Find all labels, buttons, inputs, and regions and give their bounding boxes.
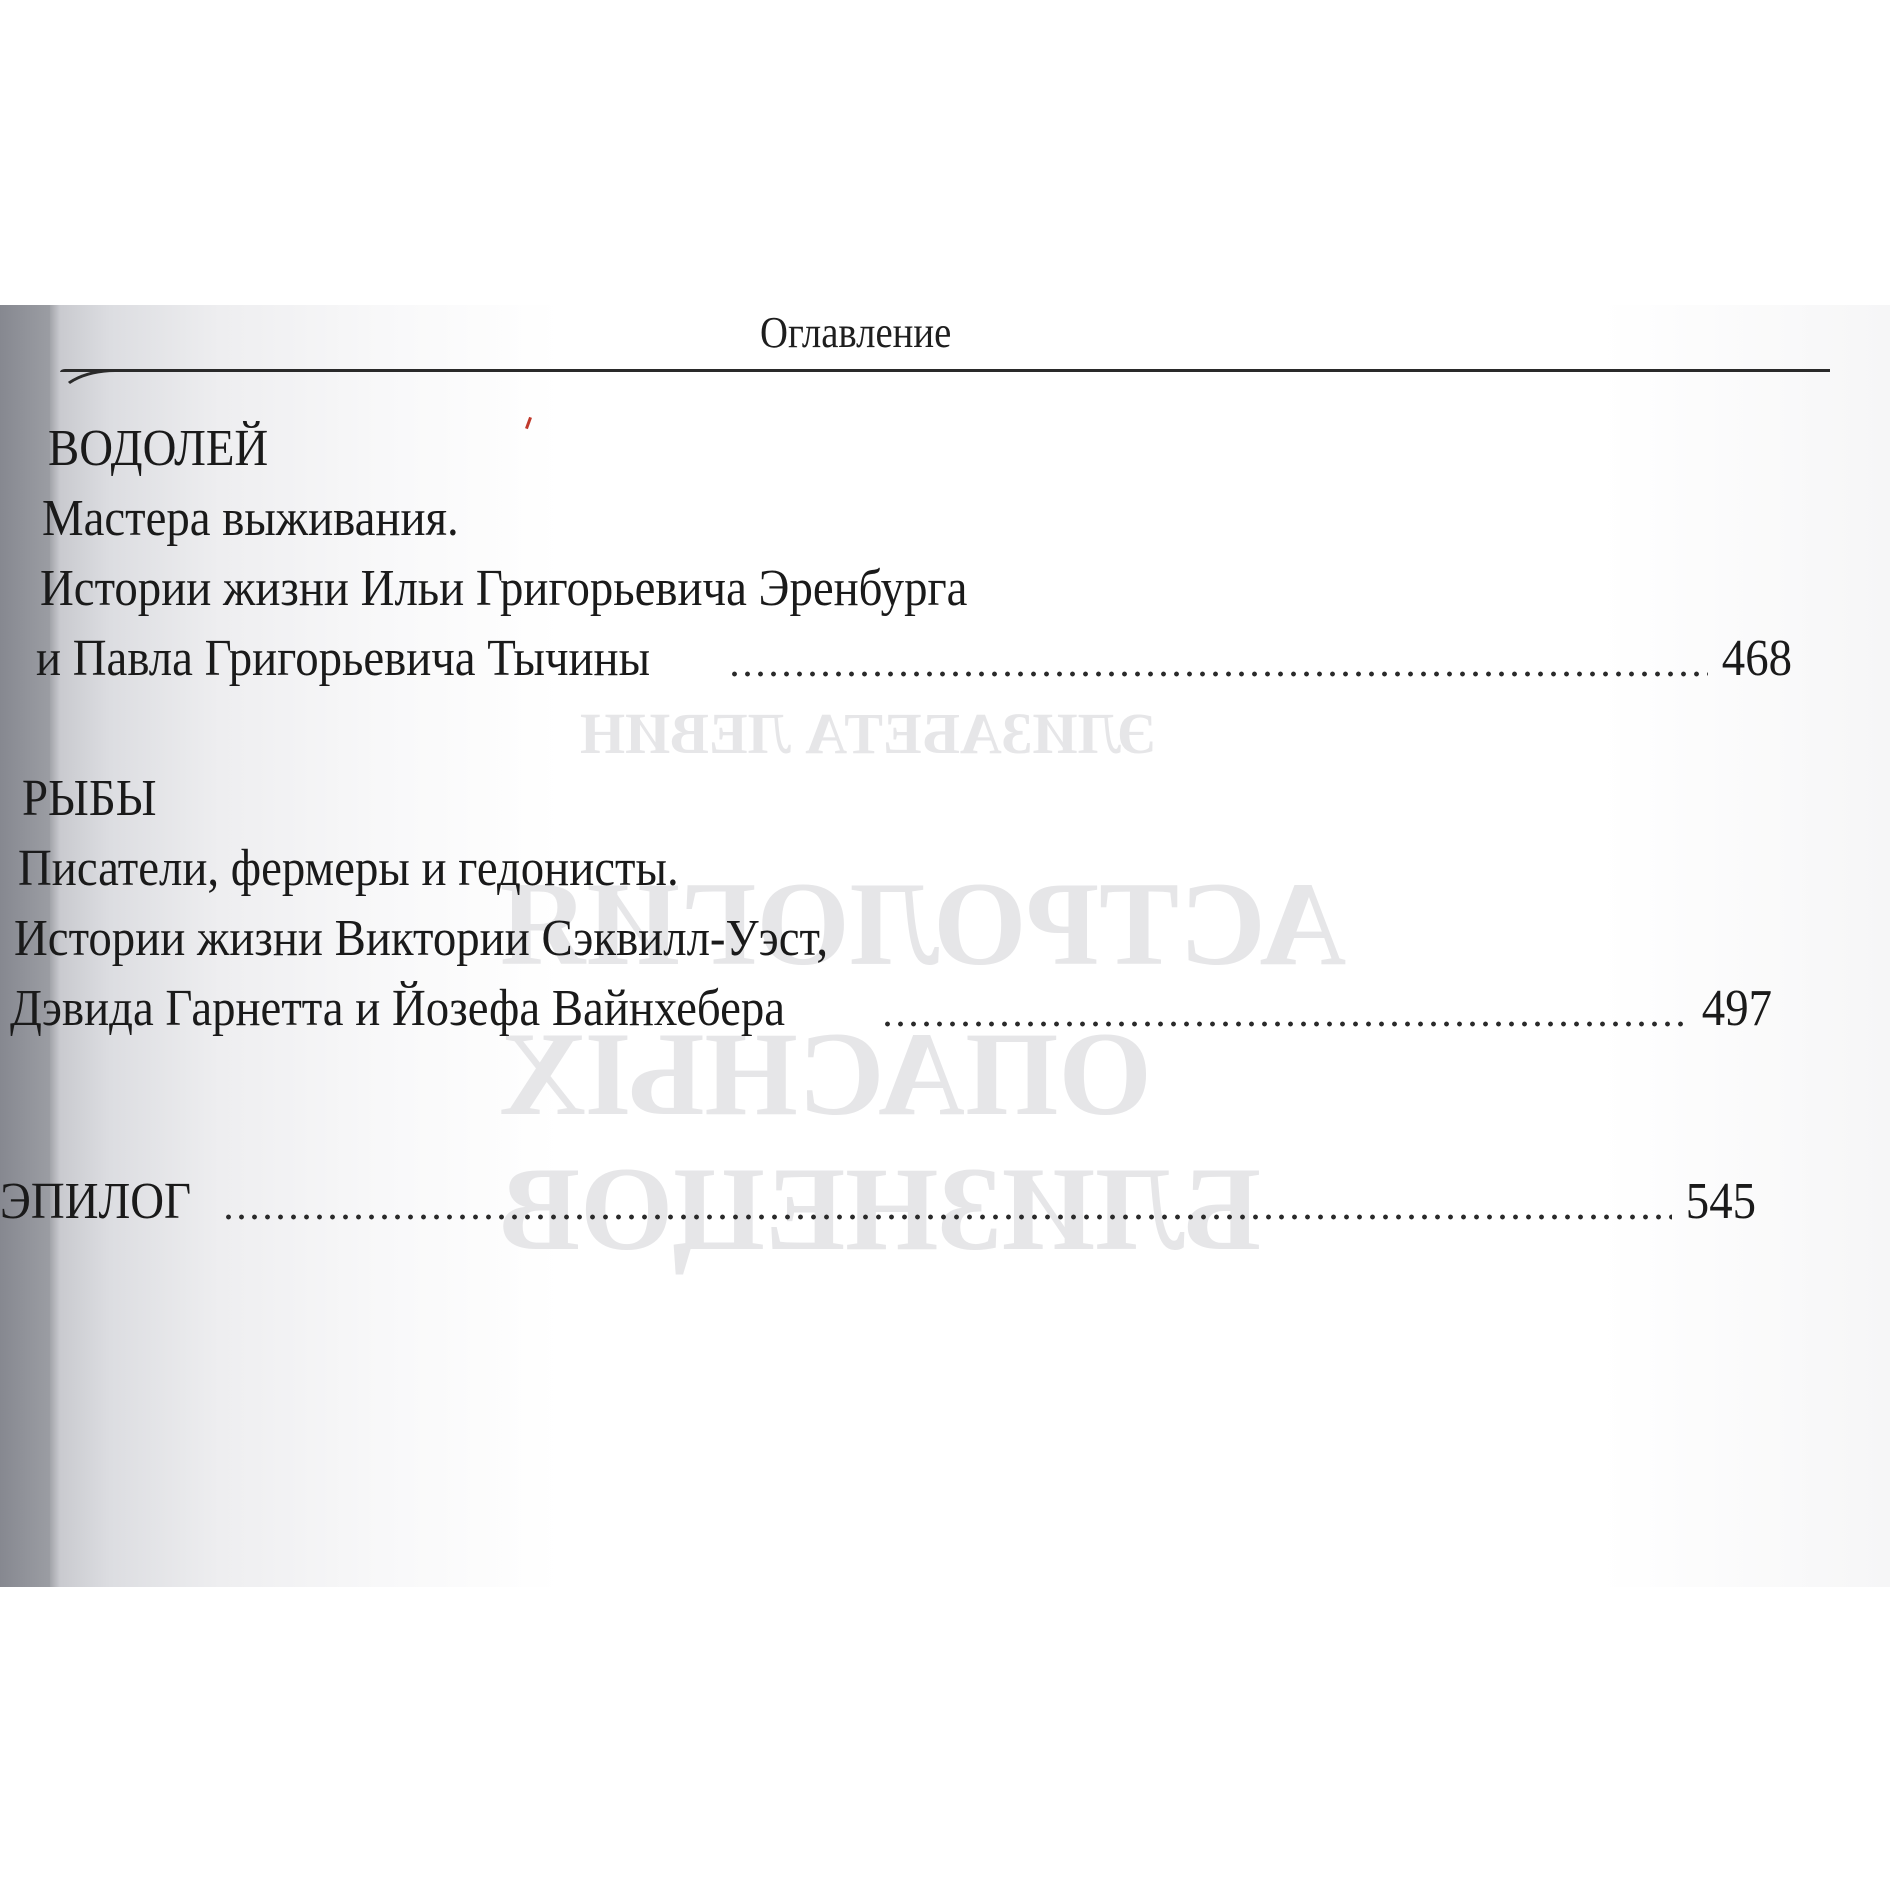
toc-entry-line: и Павла Григорьевича Тычины <box>36 627 650 691</box>
dot-leader <box>881 1021 1688 1027</box>
table-of-contents: ВОДОЛЕЙ Мастера выживания. Истории жизни… <box>0 305 1890 1587</box>
dot-leader <box>222 1214 1672 1220</box>
toc-entry-row[interactable]: и Павла Григорьевича Тычины 468 <box>36 627 1792 691</box>
section-heading: РЫБЫ <box>22 767 157 831</box>
toc-entry-line: Истории жизни Ильи Григорьевича Эренбург… <box>40 557 967 621</box>
section-heading: ВОДОЛЕЙ <box>48 417 268 481</box>
toc-entry-line: Писатели, фермеры и гедонисты. <box>18 837 679 901</box>
toc-entry-line: Мастера выживания. <box>42 487 459 551</box>
section-heading: ЭПИЛОГ <box>0 1170 191 1234</box>
photo-background: ЭЛИЗАБЕТА ЛЕВИН АСТРОЛОГИЯ ОПАСНЫХ БЛИЗН… <box>0 0 1890 1890</box>
toc-entry-line: Истории жизни Виктории Сэквилл-Уэст, <box>14 907 828 971</box>
page-number: 545 <box>1686 1170 1756 1234</box>
toc-entry-line: Дэвида Гарнетта и Йозефа Вайнхебера <box>10 977 785 1041</box>
page-number: 497 <box>1702 977 1772 1041</box>
page-number: 468 <box>1722 627 1792 691</box>
book-page: ЭЛИЗАБЕТА ЛЕВИН АСТРОЛОГИЯ ОПАСНЫХ БЛИЗН… <box>0 305 1890 1587</box>
toc-entry-row[interactable]: Дэвида Гарнетта и Йозефа Вайнхебера 497 <box>10 977 1772 1041</box>
toc-entry-row[interactable]: ЭПИЛОГ 545 <box>0 1170 1756 1234</box>
dot-leader <box>728 671 1708 677</box>
